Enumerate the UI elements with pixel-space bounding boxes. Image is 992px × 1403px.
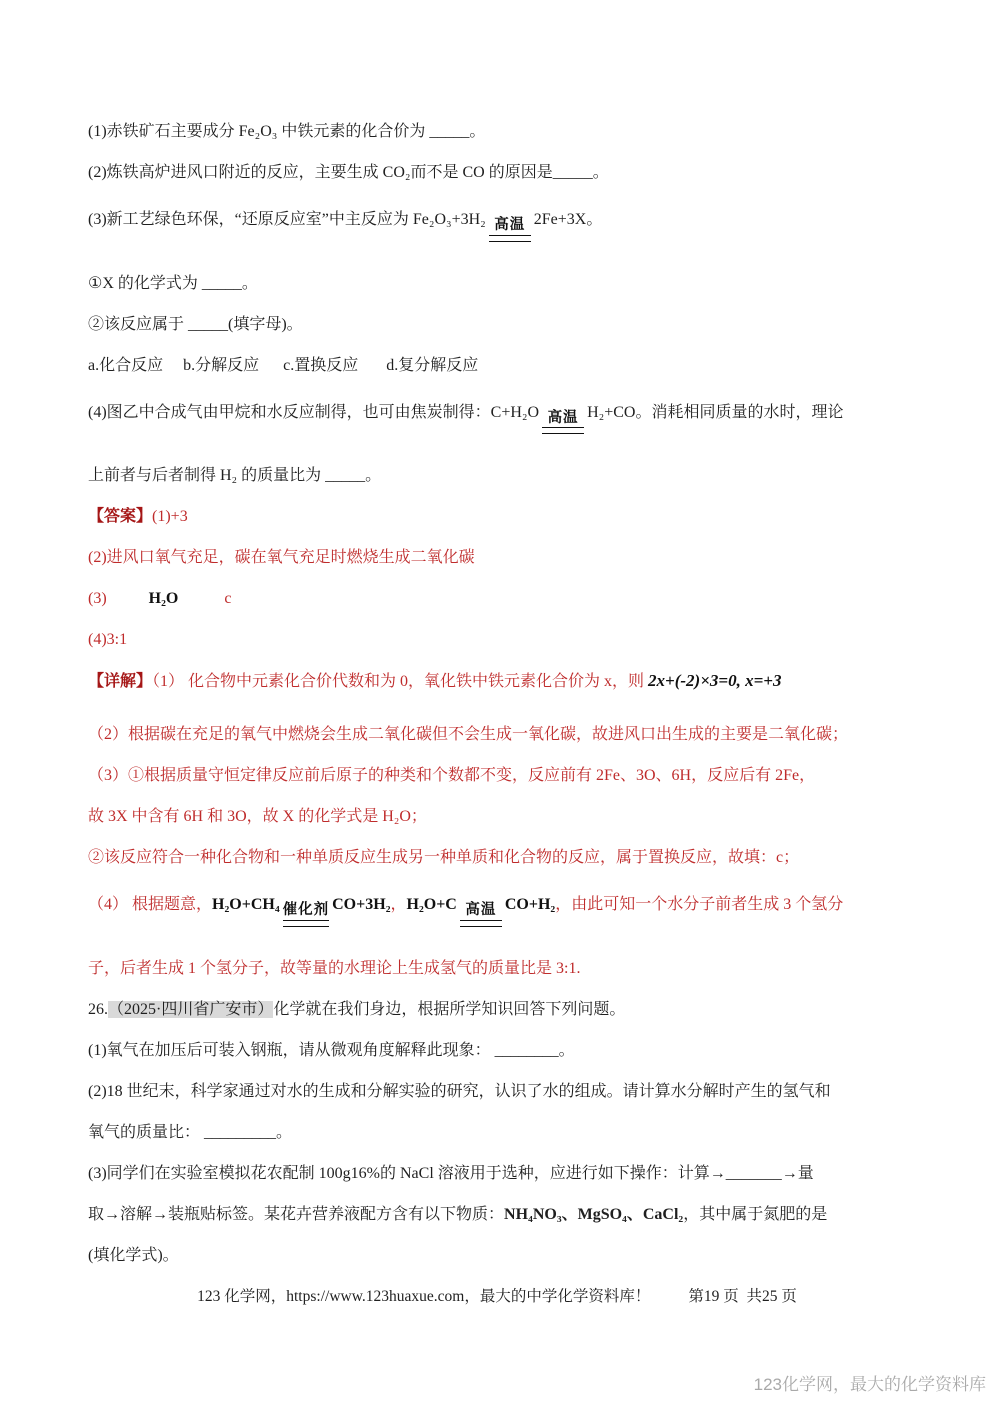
q26-part2-line1: (2)18 世纪末，科学家通过对水的生成和分解实验的研究，认识了水的组成。请计算… bbox=[88, 1080, 906, 1103]
q26-part3-line1: (3)同学们在实验室模拟花农配制 100g16%的 NaCl 溶液用于选种，应进… bbox=[88, 1162, 906, 1185]
answer-2-line: (2)进风口氧气充足，碳在氧气充足时燃烧生成二氧化碳 bbox=[88, 546, 906, 569]
reaction-condition-stack: 催化剂 bbox=[283, 903, 330, 927]
equation-lhs: H₂O+CH₄ bbox=[212, 896, 280, 913]
q26-part3-text1: (3)同学们在实验室模拟花农配制 100g16%的 NaCl 溶液用于选种，应进… bbox=[88, 1165, 814, 1182]
q25-part3-text: (3)新工艺绿色环保，“还原反应室”中主反应为 bbox=[88, 211, 413, 228]
analysis-1-text: （1） 化合物中元素化合价代数和为 0，氧化铁中铁元素化合价为 x，则 bbox=[152, 673, 648, 690]
answer-3-number: (3) bbox=[88, 590, 107, 607]
double-bond-equals bbox=[489, 235, 531, 242]
q26-part1-text: (1)氧气在加压后可装入钢瓶，请从微观角度解释此现象： ________。 bbox=[88, 1042, 575, 1059]
q26-part2-text2: 氧气的质量比： _________。 bbox=[88, 1124, 292, 1141]
analysis-4-comma: ， bbox=[390, 896, 406, 913]
condition-label: 催化剂 bbox=[283, 903, 330, 918]
footer-site-info: 123 化学网，https://www.123huaxue.com，最大的中学化… bbox=[197, 1285, 650, 1308]
analysis-1-line: 【详解】（1） 化合物中元素化合价代数和为 0，氧化铁中铁元素化合价为 x，则 … bbox=[88, 669, 906, 693]
analysis-marker: 【详解】 bbox=[88, 673, 152, 690]
q25-options-text: a.化合反应 b.分解反应 c.置换反应 d.复分解反应 bbox=[88, 357, 478, 374]
q25-part4-line: (4)图乙中合成气由甲烷和水反应制得，也可由焦炭制得：C+H₂O高温H₂+CO。… bbox=[88, 401, 906, 435]
analysis-2-text: （2）根据碳在充足的氧气中燃烧会生成二氧化碳但不会生成一氧化碳，故进风口出生成的… bbox=[88, 726, 848, 743]
analysis-3-line1: （3）①根据质量守恒定律反应前后原子的种类和个数都不变，反应前有 2Fe、3O、… bbox=[88, 764, 906, 787]
q25-part3-sub1-text: ①X 的化学式为 _____。 bbox=[88, 275, 258, 292]
q26-part2-line2: 氧气的质量比： _________。 bbox=[88, 1121, 906, 1144]
q26-part3-line3: (填化学式)。 bbox=[88, 1244, 906, 1267]
analysis-4-text2: ，由此可知一个水分子前者生成 3 个氢分 bbox=[555, 896, 843, 913]
document-page: (1)赤铁矿石主要成分 Fe₂O₃ 中铁元素的化合价为 _____。 (2)炼铁… bbox=[0, 0, 992, 1403]
footer-page-number: 第19 页 共25 页 bbox=[688, 1285, 797, 1308]
q26-part3-text2b: ，其中属于氮肥的是 bbox=[683, 1206, 827, 1223]
q25-part3-sub1-line: ①X 的化学式为 _____。 bbox=[88, 272, 906, 295]
double-bond-equals bbox=[460, 920, 502, 927]
analysis-3-sub2-text: ②该反应符合一种化合物和一种单质反应生成另一种单质和化合物的反应，属于置换反应，… bbox=[88, 849, 799, 866]
analysis-4-text1: （4） 根据题意， bbox=[88, 896, 212, 913]
answer-4: (4)3:1 bbox=[88, 631, 127, 648]
condition-label: 高温 bbox=[465, 903, 496, 918]
reaction-condition-stack: 高温 bbox=[460, 903, 502, 927]
equation-lhs: H₂O+C bbox=[407, 896, 457, 913]
q25-part4-text: (4)图乙中合成气由甲烷和水反应制得，也可由焦炭制得： bbox=[88, 404, 491, 421]
answer-2: (2)进风口氧气充足，碳在氧气充足时燃烧生成二氧化碳 bbox=[88, 549, 475, 566]
answer-header-line: 【答案】(1)+3 bbox=[88, 505, 906, 528]
q26-title-line: 26.（2025·四川省广安市）化学就在我们身边，根据所学知识回答下列问题。 bbox=[88, 998, 906, 1021]
page-footer: 123 化学网，https://www.123huaxue.com，最大的中学化… bbox=[88, 1285, 906, 1308]
q25-part3-sub2-line: ②该反应属于 _____(填字母)。 bbox=[88, 313, 906, 336]
q26-intro-text: 化学就在我们身边，根据所学知识回答下列问题。 bbox=[273, 1001, 625, 1018]
double-bond-equals bbox=[542, 427, 584, 434]
site-watermark: 123化学网，最大的化学资料库 bbox=[754, 1370, 986, 1395]
reaction-condition-stack: 高温 bbox=[542, 411, 584, 435]
analysis-3-text1: （3）①根据质量守恒定律反应前后原子的种类和个数都不变，反应前有 2Fe、3O、… bbox=[88, 767, 815, 784]
q26-source-badge: （2025·四川省广安市） bbox=[108, 1001, 273, 1018]
q25-part3-line: (3)新工艺绿色环保，“还原反应室”中主反应为 Fe₂O₃+3H₂高温2Fe+3… bbox=[88, 208, 906, 242]
q25-part4-cont-line: 上前者与后者制得 H₂ 的质量比为 _____。 bbox=[88, 464, 906, 487]
answer-1: (1)+3 bbox=[152, 508, 188, 525]
q25-part3-sub2-text: ②该反应属于 _____(填字母)。 bbox=[88, 316, 303, 333]
q25-options-line: a.化合反应 b.分解反应 c.置换反应 d.复分解反应 bbox=[88, 354, 906, 377]
q25-part2-line: (2)炼铁高炉进风口附近的反应，主要生成 CO₂而不是 CO 的原因是_____… bbox=[88, 161, 906, 184]
answer-marker: 【答案】 bbox=[88, 508, 152, 525]
valence-equation: 2x+(-2)×3=0, x=+3 bbox=[648, 671, 781, 690]
analysis-4-line: （4） 根据题意，H₂O+CH₄催化剂CO+3H₂，H₂O+C高温CO+H₂，由… bbox=[88, 893, 906, 927]
analysis-3-text2: 故 3X 中含有 6H 和 3O，故 X 的化学式是 H₂O； bbox=[88, 808, 427, 825]
q26-part3-text3: (填化学式)。 bbox=[88, 1247, 179, 1264]
q26-part3-text2a: 取→溶解→装瓶贴标签。某花卉营养液配方含有以下物质： bbox=[88, 1206, 504, 1223]
analysis-4-cont-text: 子，后者生成 1 个氢分子，故等量的水理论上生成氢气的质量比是 3:1. bbox=[88, 960, 580, 977]
equation-rhs: 2Fe+3X。 bbox=[534, 211, 603, 228]
analysis-3-line2: 故 3X 中含有 6H 和 3O，故 X 的化学式是 H₂O； bbox=[88, 805, 906, 828]
q25-part1-line: (1)赤铁矿石主要成分 Fe₂O₃ 中铁元素的化合价为 _____。 bbox=[88, 120, 906, 143]
fertilizer-formulas: NH₄NO₃、MgSO₄、CaCl₂ bbox=[504, 1206, 683, 1223]
analysis-4-cont-line: 子，后者生成 1 个氢分子，故等量的水理论上生成氢气的质量比是 3:1. bbox=[88, 957, 906, 980]
condition-label: 高温 bbox=[494, 218, 525, 233]
answer-4-line: (4)3:1 bbox=[88, 628, 906, 651]
q26-part2-text1: (2)18 世纪末，科学家通过对水的生成和分解实验的研究，认识了水的组成。请计算… bbox=[88, 1083, 831, 1100]
condition-label: 高温 bbox=[548, 411, 579, 426]
analysis-2-line: （2）根据碳在充足的氧气中燃烧会生成二氧化碳但不会生成一氧化碳，故进风口出生成的… bbox=[88, 723, 906, 746]
equation-rhs: CO+H₂ bbox=[505, 896, 555, 913]
answer-3-formula: H₂O bbox=[149, 590, 179, 607]
equation-rhs: H₂+CO bbox=[587, 404, 635, 421]
equation-lhs: Fe₂O₃+3H₂ bbox=[413, 211, 486, 228]
q26-part1-line: (1)氧气在加压后可装入钢瓶，请从微观角度解释此现象： ________。 bbox=[88, 1039, 906, 1062]
analysis-3-sub2-line: ②该反应符合一种化合物和一种单质反应生成另一种单质和化合物的反应，属于置换反应，… bbox=[88, 846, 906, 869]
q25-part2-text: (2)炼铁高炉进风口附近的反应，主要生成 CO₂而不是 CO 的原因是_____… bbox=[88, 164, 609, 181]
q26-part3-line2: 取→溶解→装瓶贴标签。某花卉营养液配方含有以下物质：NH₄NO₃、MgSO₄、C… bbox=[88, 1203, 906, 1226]
q26-number: 26. bbox=[88, 1001, 108, 1018]
equation-rhs: CO+3H₂ bbox=[332, 896, 390, 913]
equation-lhs: C+H₂O bbox=[491, 404, 539, 421]
q25-part4-cont-text: 上前者与后者制得 H₂ 的质量比为 _____。 bbox=[88, 467, 381, 484]
q25-part4-after-text: 。消耗相同质量的水时，理论 bbox=[635, 404, 843, 421]
answer-3-letter: c bbox=[224, 590, 231, 607]
reaction-condition-stack: 高温 bbox=[489, 218, 531, 242]
q25-part1-text: (1)赤铁矿石主要成分 Fe₂O₃ 中铁元素的化合价为 _____。 bbox=[88, 123, 485, 140]
double-bond-equals bbox=[283, 920, 330, 927]
answer-3-line: (3)H₂Oc bbox=[88, 587, 906, 610]
